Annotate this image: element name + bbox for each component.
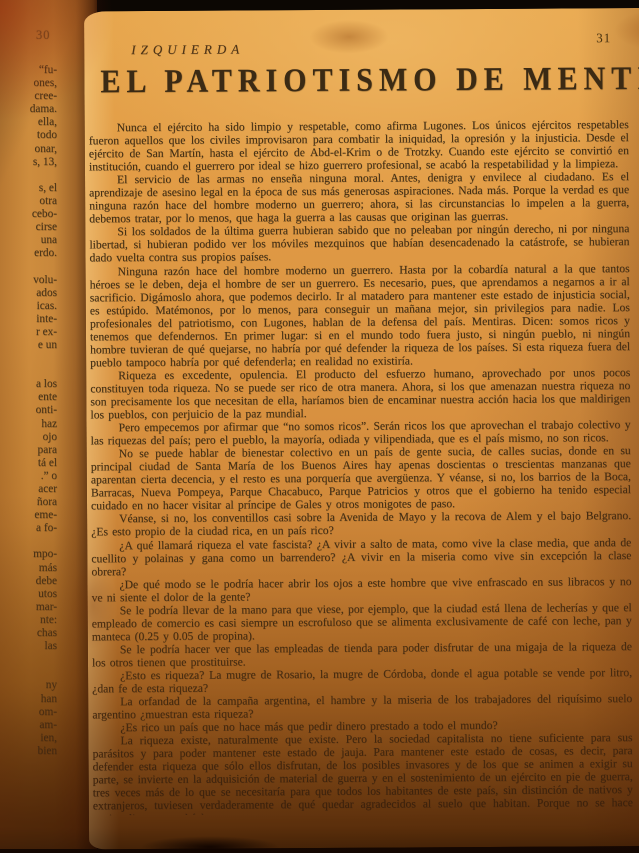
fragment-line: a fo- xyxy=(0,522,57,535)
fragment-line: para xyxy=(0,444,57,457)
book-photo: 30 “fu-ones,cree-dama.ella,todoonar,s, 1… xyxy=(0,0,639,853)
fragment-line: volu- xyxy=(0,274,57,287)
paragraph: Ninguna razón hace del hombre moderno un… xyxy=(90,262,631,370)
fragment-line: ñora xyxy=(0,496,57,509)
fragment-line: icas. xyxy=(0,300,57,313)
paragraph: Se le podría hacer ver que las empleadas… xyxy=(92,640,632,669)
paragraph: Se le podría llevar de la mano para que … xyxy=(92,601,632,643)
fragment-line: todo xyxy=(0,129,57,142)
fragment-line: ella, xyxy=(0,116,57,129)
fragment-line: una xyxy=(0,234,57,247)
fragment-line: ojo xyxy=(0,431,57,444)
paragraph: No se puede hablar de bienestar colectiv… xyxy=(91,444,631,513)
paragraph: La riqueza existe, naturalmente que exis… xyxy=(92,731,632,815)
fragment-line: om- xyxy=(0,706,57,719)
fragment-line: s, el xyxy=(0,182,57,195)
stain xyxy=(614,10,639,51)
paragraph: ¿A qué llamará riqueza el vate fascista?… xyxy=(91,536,631,578)
fragment-line: .” o xyxy=(0,470,57,483)
fragment-line: las xyxy=(0,640,57,653)
fragment-line xyxy=(0,352,57,365)
paragraph: La orfandad de la campaña argentina, el … xyxy=(92,692,632,721)
running-header: IZQUIERDA xyxy=(131,41,244,58)
fragment-line: dama. xyxy=(0,103,57,116)
fragment-line: ny xyxy=(0,679,57,692)
fragment-line xyxy=(0,535,57,548)
fragment-line: acer xyxy=(0,483,57,496)
article-body: Nunca el ejército ha sido limpio y respe… xyxy=(89,118,633,815)
fragment-line: haz xyxy=(0,418,57,431)
fragment-line: erdo. xyxy=(0,247,57,260)
fragment-line: a los xyxy=(0,378,57,391)
paragraph: Nunca el ejército ha sido limpio y respe… xyxy=(89,118,629,173)
left-page-number: 30 xyxy=(36,28,51,43)
fragment-line: utos xyxy=(0,588,57,601)
fragment-line: ien, xyxy=(0,732,57,745)
fragment-line: cebo- xyxy=(0,208,57,221)
fragment-line xyxy=(0,666,57,679)
fragment-line: otra xyxy=(0,195,57,208)
fragment-line: am- xyxy=(0,719,57,732)
left-page: 30 “fu-ones,cree-dama.ella,todoonar,s, 1… xyxy=(0,0,97,849)
paragraph: Si los soldados de la última guerra hubi… xyxy=(89,222,629,264)
fragment-line: tá el xyxy=(0,457,57,470)
paragraph: ¿Esto es riqueza? La mugre de Rosario, l… xyxy=(92,666,632,695)
fragment-line: debe xyxy=(0,575,57,588)
fragment-line: ados xyxy=(0,287,57,300)
fragment-line: mar- xyxy=(0,601,57,614)
fragment-line: bien xyxy=(0,745,57,758)
fragment-line: e un xyxy=(0,339,57,352)
stain xyxy=(309,20,389,54)
fragment-line: ones, xyxy=(0,77,57,90)
fragment-line: eme- xyxy=(0,509,57,522)
paragraph: El servicio de las armas no enseña ningu… xyxy=(89,170,629,225)
paragraph: ¿De qué modo se le podría hacer abrir lo… xyxy=(91,575,631,604)
fragment-line: onti- xyxy=(0,404,57,417)
fragment-line xyxy=(0,653,57,666)
fragment-line: ente xyxy=(0,391,57,404)
right-page-number: 31 xyxy=(596,30,611,46)
fragment-line: onar, xyxy=(0,143,57,156)
fragment-line: inte- xyxy=(0,313,57,326)
article-title: EL PATRIOTISMO DE MENTIR xyxy=(100,60,639,101)
fragment-line: han xyxy=(0,693,57,706)
fragment-line: s, 13, xyxy=(0,156,57,169)
fragment-line xyxy=(0,260,57,273)
fragment-line: cree- xyxy=(0,90,57,103)
fragment-line: cirse xyxy=(0,221,57,234)
fragment-line: nte: xyxy=(0,614,57,627)
fragment-line xyxy=(0,365,57,378)
fragment-line: “fu- xyxy=(0,64,57,77)
right-page: IZQUIERDA 31 EL PATRIOTISMO DE MENTIR Nu… xyxy=(84,8,639,849)
fragment-line xyxy=(0,169,57,182)
fragment-line: mpo- xyxy=(0,548,57,561)
paragraph: Véanse, si no, los conventillos casi sob… xyxy=(91,510,631,539)
fragment-line: r ex- xyxy=(0,326,57,339)
paragraph: Pero empecemos por afirmar que “no somos… xyxy=(91,418,631,447)
fragment-line: chas xyxy=(0,627,57,640)
fragment-line: más xyxy=(0,562,57,575)
left-page-fragments: “fu-ones,cree-dama.ella,todoonar,s, 13, … xyxy=(0,64,57,758)
paragraph: Riqueza es excedente, opulencia. El prod… xyxy=(90,366,630,421)
